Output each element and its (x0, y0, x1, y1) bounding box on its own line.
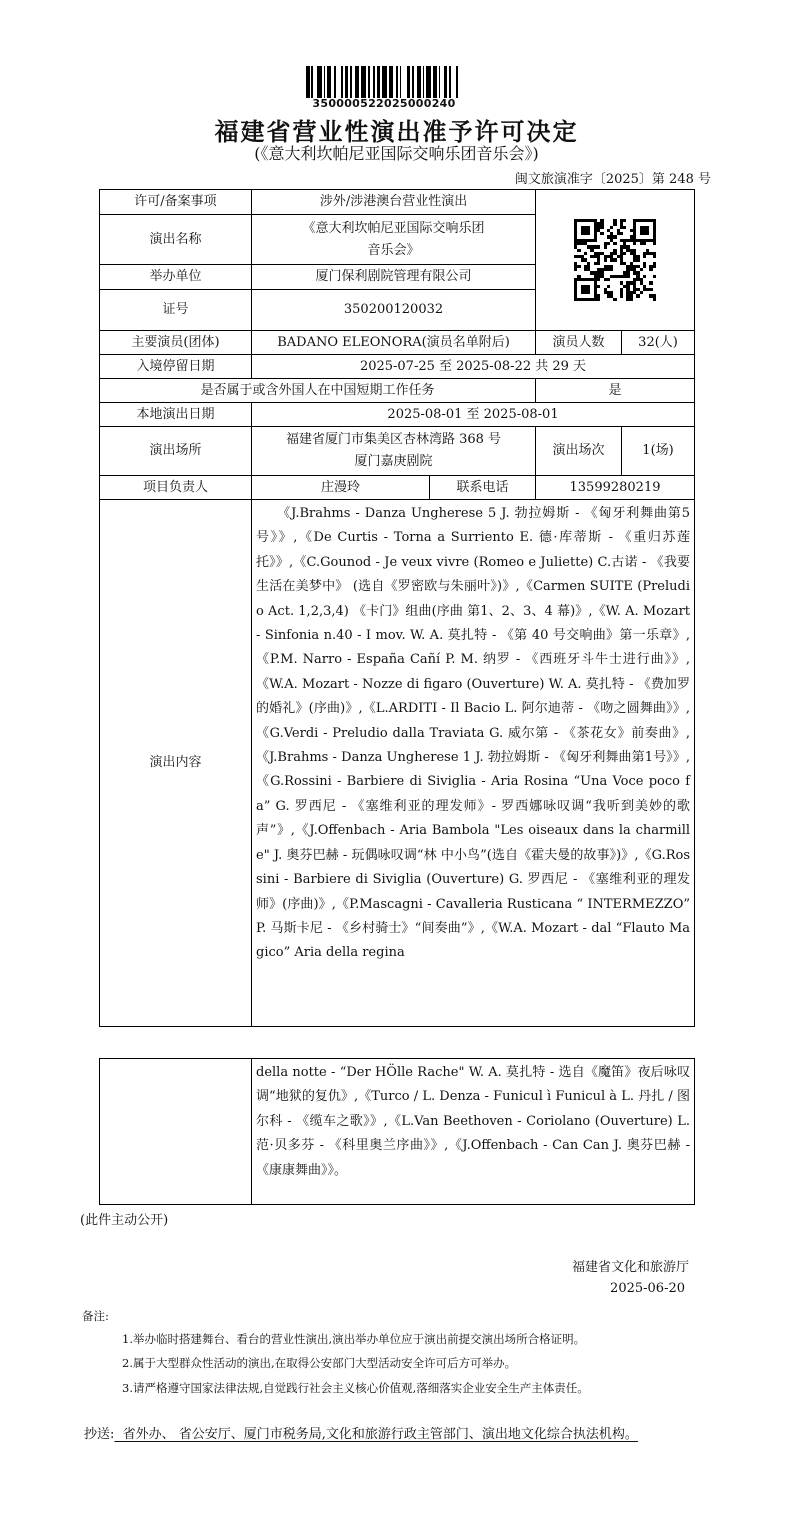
label-local-dates: 本地演出日期 (100, 403, 252, 427)
value-show-name: 《意大利坎帕尼亚国际交响乐团 音乐会》 (252, 215, 536, 265)
issuer-name: 福建省文化和旅游厅 (572, 1256, 689, 1275)
remarks-label: 备注: (82, 1308, 109, 1324)
value-local-dates: 2025-08-01 至 2025-08-01 (252, 403, 695, 427)
document-subtitle: (《意大利坎帕尼亚国际交响乐团音乐会》) (0, 141, 793, 164)
label-venue: 演出场所 (100, 427, 252, 476)
value-organizer: 厦门保利剧院管理有限公司 (252, 265, 536, 290)
value-performer-count: 32(人) (622, 331, 695, 355)
row-content-continued: della notte - “Der HÖlle Rache" W. A. 莫扎… (100, 1059, 695, 1205)
label-stay-dates: 入境停留日期 (100, 355, 252, 379)
qr-code-cell (536, 190, 695, 331)
label-short-term-work: 是否属于或含外国人在中国短期工作任务 (100, 379, 536, 403)
row-stay-dates: 入境停留日期 2025-07-25 至 2025-08-22 共 29 天 (100, 355, 695, 379)
value-venue: 福建省厦门市集美区杏林湾路 368 号 厦门嘉庚剧院 (252, 427, 536, 476)
label-sessions: 演出场次 (536, 427, 622, 476)
value-content: 《J.Brahms - Danza Ungherese 5 J. 勃拉姆斯 - … (252, 500, 695, 1027)
cc-recipients: 省外办、 省公安厅、厦门市税务局,文化和旅游行政主管部门、演出地文化综合执法机构… (114, 1427, 638, 1442)
label-performer-count: 演员人数 (536, 331, 622, 355)
row-short-term-work: 是否属于或含外国人在中国短期工作任务 是 (100, 379, 695, 403)
value-stay-dates: 2025-07-25 至 2025-08-22 共 29 天 (252, 355, 695, 379)
label-organizer: 举办单位 (100, 265, 252, 290)
value-phone: 13599280219 (536, 476, 695, 500)
value-sessions: 1(场) (622, 427, 695, 476)
barcode (306, 66, 462, 98)
cc-list: 抄送: 省外办、 省公安厅、厦门市税务局,文化和旅游行政主管部门、演出地文化综合… (84, 1424, 714, 1446)
qr-code (574, 219, 656, 301)
remark-item-1: 1.举办临时搭建舞台、看台的营业性演出,演出举办单位应于演出前提交演出场所合格证… (122, 1331, 585, 1347)
barcode-number: 350000522025000240 (306, 97, 462, 110)
label-main-performer: 主要演员(团体) (100, 331, 252, 355)
permit-table: 许可/备案事项 涉外/涉港澳台营业性演出 演出名称 《意大利坎帕尼亚国际交响乐团… (99, 189, 695, 1027)
public-notice: (此件主动公开) (80, 1209, 168, 1228)
label-permit-item: 许可/备案事项 (100, 190, 252, 215)
row-local-dates: 本地演出日期 2025-08-01 至 2025-08-01 (100, 403, 695, 427)
label-phone: 联系电话 (430, 476, 536, 500)
label-content-continued (100, 1059, 252, 1205)
value-license-no: 350200120032 (252, 290, 536, 331)
row-main-performer: 主要演员(团体) BADANO ELEONORA(演员名单附后) 演员人数 32… (100, 331, 695, 355)
row-project-lead: 项目负责人 庄漫玲 联系电话 13599280219 (100, 476, 695, 500)
row-venue: 演出场所 福建省厦门市集美区杏林湾路 368 号 厦门嘉庚剧院 演出场次 1(场… (100, 427, 695, 476)
value-project-lead: 庄漫玲 (252, 476, 430, 500)
label-show-name: 演出名称 (100, 215, 252, 265)
label-license-no: 证号 (100, 290, 252, 331)
show-name-line2: 音乐会》 (256, 240, 531, 262)
venue-name: 厦门嘉庚剧院 (256, 451, 531, 473)
show-name-line1: 《意大利坎帕尼亚国际交响乐团 (256, 218, 531, 240)
row-content: 演出内容 《J.Brahms - Danza Ungherese 5 J. 勃拉… (100, 500, 695, 1027)
label-project-lead: 项目负责人 (100, 476, 252, 500)
value-short-term-work: 是 (536, 379, 695, 403)
issue-date: 2025-06-20 (610, 1281, 685, 1296)
document-number: 闽文旅演准字〔2025〕第 248 号 (515, 168, 711, 187)
permit-table-continued: della notte - “Der HÖlle Rache" W. A. 莫扎… (99, 1058, 695, 1205)
value-content-continued: della notte - “Der HÖlle Rache" W. A. 莫扎… (252, 1059, 695, 1205)
remark-item-3: 3.请严格遵守国家法律法规,自觉践行社会主义核心价值观,落细落实企业安全生产主体… (122, 1380, 589, 1396)
venue-address: 福建省厦门市集美区杏林湾路 368 号 (256, 429, 531, 451)
row-permit-item: 许可/备案事项 涉外/涉港澳台营业性演出 (100, 190, 695, 215)
value-permit-item: 涉外/涉港澳台营业性演出 (252, 190, 536, 215)
remark-item-2: 2.属于大型群众性活动的演出,在取得公安部门大型活动安全许可后方可举办。 (122, 1355, 516, 1371)
value-main-performer: BADANO ELEONORA(演员名单附后) (252, 331, 536, 355)
label-content: 演出内容 (100, 500, 252, 1027)
cc-label: 抄送: (84, 1427, 114, 1442)
